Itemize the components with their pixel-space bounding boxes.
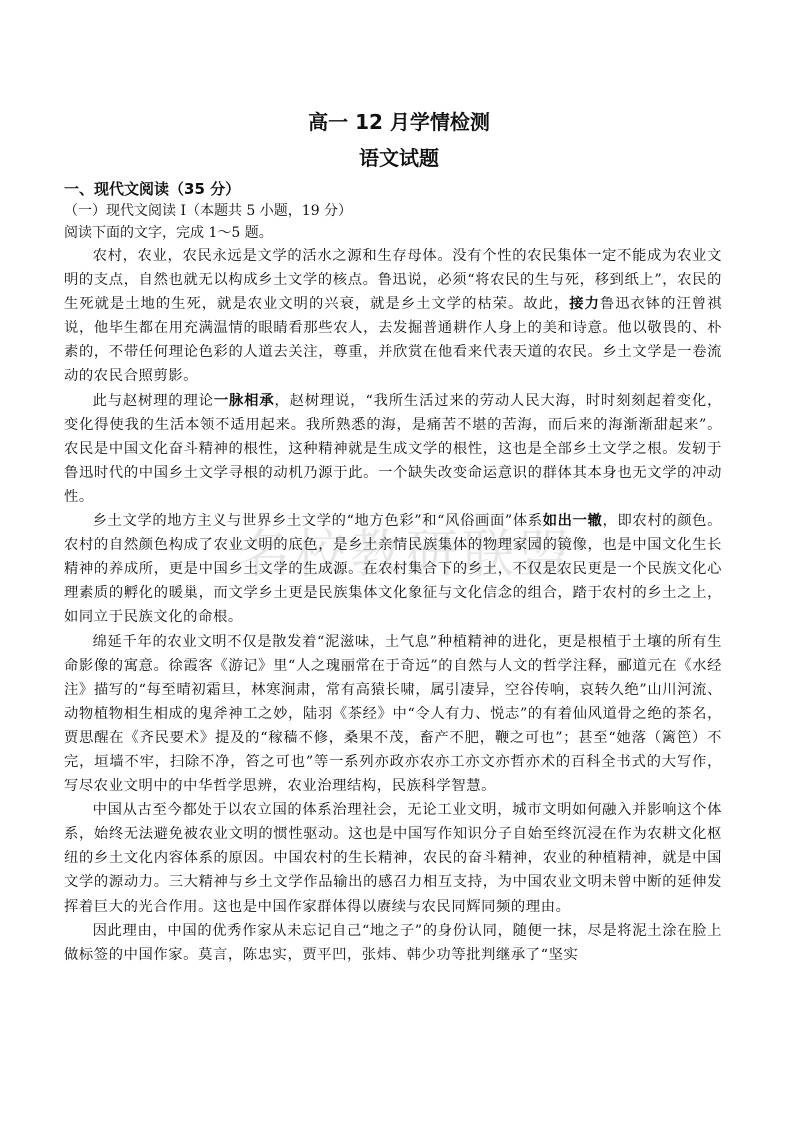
emphasized-term: 一脉相承 xyxy=(214,393,275,409)
paragraph-6: 因此理由，中国的优秀作家从未忘记自己“地之子”的身份认同，随便一抹，尽是将泥土涂… xyxy=(64,919,722,967)
paragraph-2: 此与赵树理的理论一脉相承，赵树理说，“我所生活过来的劳动人民大海，时时刻刻起着变… xyxy=(64,389,722,509)
paragraph-4: 绵延千年的农业文明不仅是散发着“泥滋味，土气息”种植精神的进化，更是根植于土壤的… xyxy=(64,630,722,799)
exam-page: 高一 12 月学情检测 语文试题 一、现代文阅读（35 分） （一）现代文阅读 … xyxy=(76,104,722,967)
paragraph-1: 农村，农业，农民永远是文学的活水之源和生存母体。没有个性的农民集体一定不能成为农… xyxy=(64,244,722,389)
paragraph-5: 中国从古至今都处于以农立国的体系治理社会，无论工业文明，城市文明如何融入并影响这… xyxy=(64,798,722,918)
section-subheading: （一）现代文阅读 I（本题共 5 小题，19 分） xyxy=(64,200,722,222)
emphasized-term: 接力 xyxy=(569,296,600,312)
page-subtitle: 语文试题 xyxy=(76,140,722,176)
reading-instruction: 阅读下面的文字，完成 1～5 题。 xyxy=(64,222,722,244)
section-heading: 一、现代文阅读（35 分） xyxy=(64,178,722,200)
emphasized-term: 如出一辙 xyxy=(543,513,603,529)
paragraph-3: 乡土文学的地方主义与世界乡土文学的“地方色彩”和“风俗画面”体系如出一辙，即农村… xyxy=(64,509,722,629)
page-title: 高一 12 月学情检测 xyxy=(76,104,722,140)
